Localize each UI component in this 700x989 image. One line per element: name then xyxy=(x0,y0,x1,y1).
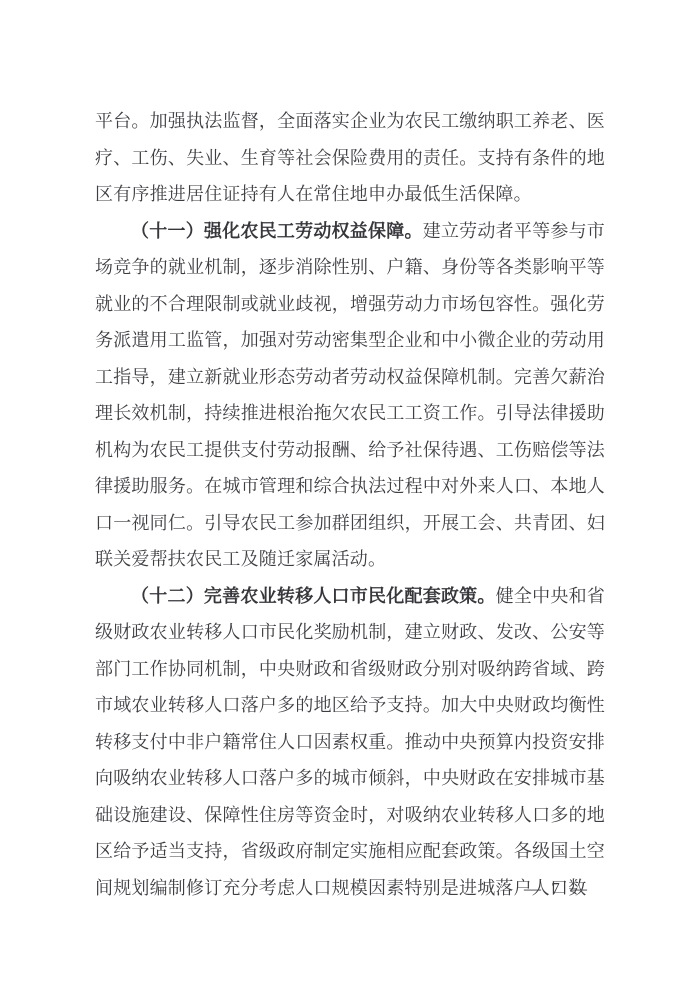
paragraph-text: 建立劳动者平等参与市场竞争的就业机制，逐步消除性别、户籍、身份等各类影响平等就业… xyxy=(95,221,605,570)
document-page: 平台。加强执法监督，全面落实企业为农民工缴纳职工养老、医疗、工伤、失业、生育等社… xyxy=(0,0,700,989)
document-text-block: 平台。加强执法监督，全面落实企业为农民工缴纳职工养老、医疗、工伤、失业、生育等社… xyxy=(95,103,605,906)
paragraph-continuation: 平台。加强执法监督，全面落实企业为农民工缴纳职工养老、医疗、工伤、失业、生育等社… xyxy=(95,103,605,213)
page-number: — 7 — xyxy=(524,877,590,901)
clause-11-heading: （十一）强化农民工劳动权益保障。 xyxy=(131,221,423,241)
paragraph-text: 平台。加强执法监督，全面落实企业为农民工缴纳职工养老、医疗、工伤、失业、生育等社… xyxy=(95,111,605,204)
paragraph-text: 健全中央和省级财政农业转移人口市民化奖励机制，建立财政、发改、公安等部门工作协同… xyxy=(95,586,605,898)
paragraph-clause-12: （十二）完善农业转移人口市民化配套政策。健全中央和省级财政农业转移人口市民化奖励… xyxy=(95,578,605,907)
paragraph-clause-11: （十一）强化农民工劳动权益保障。建立劳动者平等参与市场竞争的就业机制，逐步消除性… xyxy=(95,213,605,578)
clause-12-heading: （十二）完善农业转移人口市民化配套政策。 xyxy=(131,586,496,606)
